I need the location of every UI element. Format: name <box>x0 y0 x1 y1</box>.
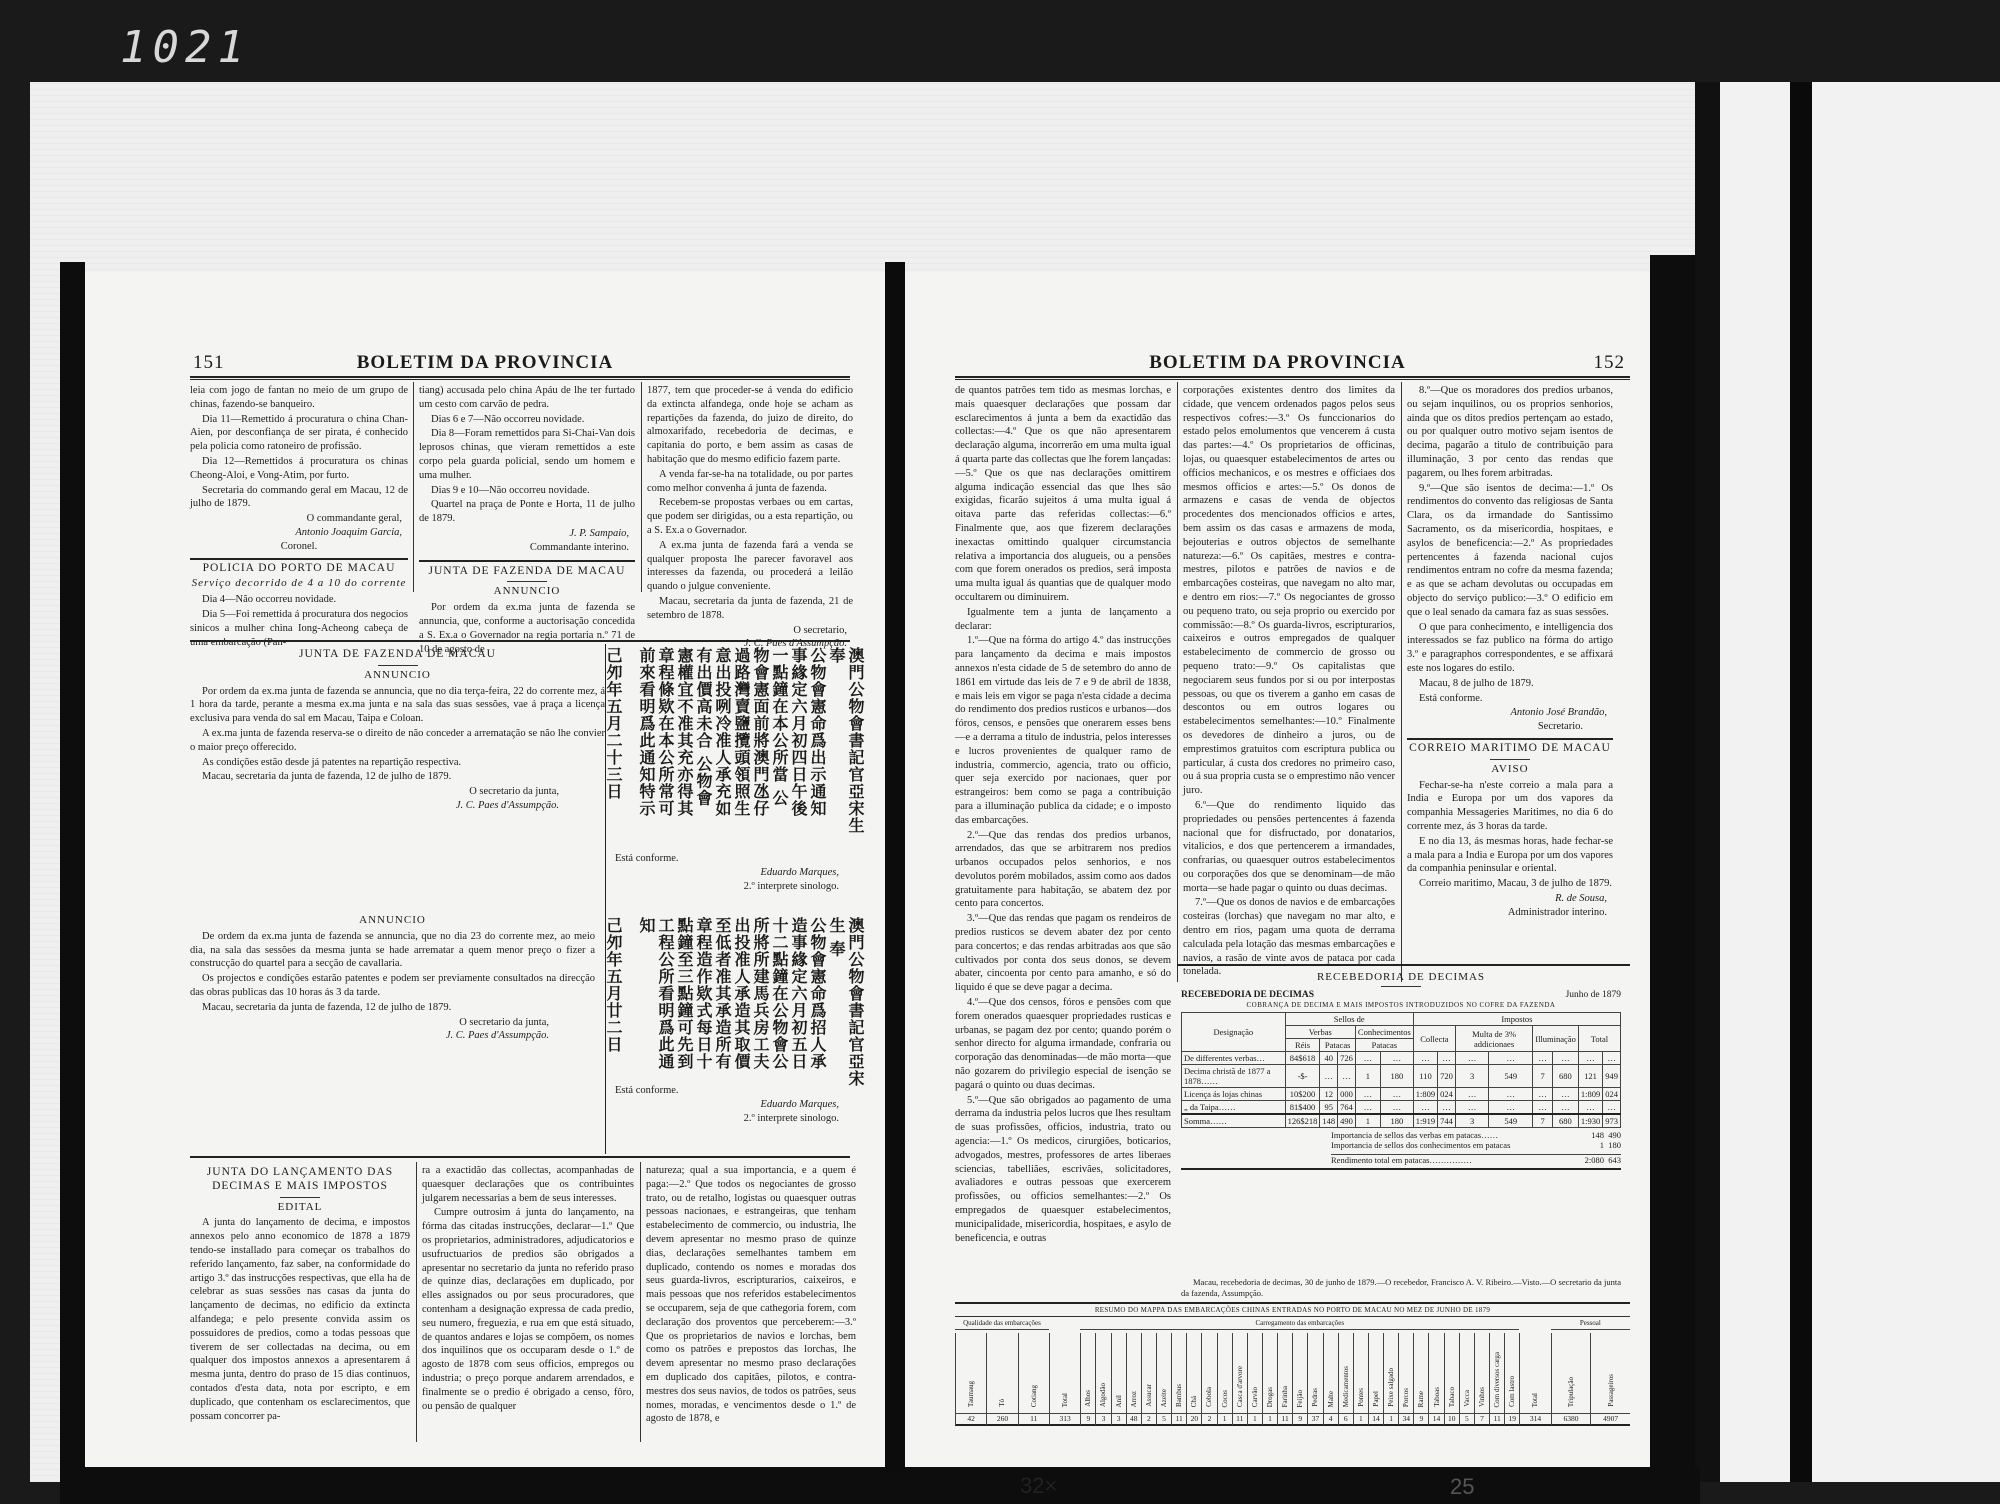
page-header: 151 BOLETIM DA PROVINCIA <box>85 352 885 378</box>
table-cell: … <box>1552 1101 1578 1115</box>
table-cell: … <box>1578 1101 1602 1115</box>
edge-strip <box>1812 82 2000 1482</box>
column-header: Porcos <box>1402 1388 1410 1407</box>
row-label: De differentes verbas… <box>1182 1052 1286 1065</box>
table-column: Com lastro19 <box>1504 1333 1519 1425</box>
table-column: Tó260 <box>986 1333 1017 1425</box>
column-header: Bambus <box>1175 1384 1183 1407</box>
table-cell: 4907 <box>1591 1413 1630 1423</box>
table-cell: … <box>1413 1101 1437 1115</box>
section-subtitle: AVISO <box>1407 763 1613 777</box>
table-column: Vacca5 <box>1459 1333 1474 1425</box>
table-cell: 6 <box>1339 1413 1353 1423</box>
column-header: Com diversos carga <box>1493 1352 1501 1407</box>
table-column: Cebola2 <box>1201 1333 1216 1425</box>
table-column: Drogas1 <box>1262 1333 1277 1425</box>
table-column: Com diversos carga11 <box>1489 1333 1504 1425</box>
row-label: „ da Taipa…… <box>1182 1101 1286 1115</box>
table-cell: 680 <box>1552 1114 1578 1128</box>
paragraph: 6.º—Que do rendimento liquido das propri… <box>1183 799 1395 896</box>
paragraph: Recebem-se propostas verbaes ou em carta… <box>647 496 853 537</box>
signature-rank: Coronel. <box>190 540 408 554</box>
table-cell: 95 <box>1320 1101 1338 1115</box>
column-header: Passageiros <box>1607 1374 1615 1407</box>
column-header: Rame <box>1417 1391 1425 1407</box>
table-cell: 720 <box>1438 1065 1456 1088</box>
column-group-header: Carregamento das embarcações <box>1080 1319 1519 1330</box>
section-subtitle: ANNUNCIO <box>190 914 595 928</box>
table-cell: 5 <box>1157 1413 1171 1423</box>
page-shadow <box>1790 82 1812 1482</box>
chinese-date: 己夘年五月二十三日 <box>603 647 623 857</box>
recebedoria-summary: Importancia de sellos das verbas em pata… <box>1331 1130 1621 1165</box>
section-title: JUNTA DE FAZENDA DE MACAU <box>419 565 635 579</box>
table-cell: 110 <box>1413 1065 1437 1088</box>
column-header: Pontes <box>1357 1388 1365 1407</box>
signature-title: O secretario da junta, <box>190 785 565 799</box>
table-column: Rame9 <box>1413 1333 1428 1425</box>
chinese-text-column: 十二點鐘在公物會公 <box>769 917 789 1087</box>
section-rule <box>955 1302 1630 1304</box>
column-divider <box>1401 382 1402 982</box>
paragraph: Está conforme. <box>1407 692 1613 706</box>
chinese-text-column: 工程公所看明爲此通 <box>655 917 675 1087</box>
paragraph: O que para conhecimento, e intelligencia… <box>1407 621 1613 676</box>
table-cell: … <box>1438 1101 1456 1115</box>
column-header: Com lastro <box>1508 1376 1516 1407</box>
recebedoria-section: RECEBEDORIA DE DECIMAS RECEBEDORIA DE DE… <box>1181 969 1621 1172</box>
paragraph: As condições estão desde já patentes na … <box>190 756 605 770</box>
summary-row: Rendimento total em patacas……………2:080 64… <box>1331 1154 1621 1165</box>
row-label: Decima christã de 1877 a 1878…… <box>1182 1065 1286 1088</box>
paragraph: Macau, secretaria da junta de fazenda, 1… <box>190 1001 595 1015</box>
table-cell: 314 <box>1520 1413 1550 1423</box>
chinese-text-column: 過路灣賣鹽攬頭領照生 <box>731 647 751 857</box>
signature-name: Antonio José Brandão, <box>1407 706 1613 720</box>
table-column: Taboas14 <box>1428 1333 1443 1425</box>
table-cell: … <box>1578 1052 1602 1065</box>
chinese-text-column: 公物會憲命爲招人承 <box>807 917 827 1087</box>
column-header: Papel <box>1372 1391 1380 1407</box>
paragraph: Macau, recebedoria de decimas, 30 de jun… <box>1181 1277 1621 1299</box>
recebedoria-table: Designação Sellos de Impostos Verbas Con… <box>1181 1012 1621 1128</box>
table-row: De differentes verbas…84$61840726…………………… <box>1182 1052 1621 1065</box>
column-3: 8.º—Que os moradores dos predios urbanos… <box>1407 384 1613 919</box>
column-header: Drogas <box>1266 1387 1274 1407</box>
paragraph: 5.º—Que são obrigados ao pagamento de um… <box>955 1094 1171 1246</box>
chinese-text-column: 出投准人承造其取價 <box>731 917 751 1087</box>
chinese-text-column: 物會憲面前將澳門氹仔 <box>750 647 770 857</box>
column-header: Total <box>1061 1393 1069 1407</box>
table-column: Total313 <box>1049 1333 1080 1425</box>
table-cell: 2 <box>1142 1413 1156 1423</box>
table-column: Cotiang11 <box>1018 1333 1049 1425</box>
paragraph: Dias 6 e 7—Não occorreu novidade. <box>419 413 635 427</box>
chinese-text-column: 澳門公物會書記官亞宋 <box>845 917 865 1087</box>
table-cell: 2 <box>1202 1413 1216 1423</box>
column-header: Cebola <box>1205 1387 1213 1407</box>
table-column: Papel14 <box>1368 1333 1383 1425</box>
paragraph: 8.º—Que os moradores dos predios urbanos… <box>1407 384 1613 481</box>
table-column: Pedras37 <box>1307 1333 1322 1425</box>
column-header: Feijão <box>1296 1390 1304 1408</box>
paragraph: Secretaria do commando geral em Macau, 1… <box>190 484 408 512</box>
signature-name: Antonio Joaquim Garcia, <box>190 526 408 540</box>
column-header: Patacas <box>1355 1039 1413 1052</box>
paragraph: Dia 11—Remettido á procuratura o china C… <box>190 413 408 454</box>
section-rule <box>190 1156 850 1158</box>
paragraph: Por ordem da ex.ma junta de fazenda se a… <box>190 685 605 726</box>
table-column: Taumaug42 <box>955 1333 986 1425</box>
column-header: Réis <box>1285 1039 1320 1052</box>
table-cell: 10 <box>1445 1413 1459 1423</box>
table-column: Algodão3 <box>1095 1333 1110 1425</box>
signature-name: J. P. Sampaio, <box>419 527 635 541</box>
signature-name: J. C. Paes d'Assumpção. <box>190 799 565 813</box>
column-group-header: Qualidade das embarcações <box>955 1319 1049 1330</box>
table-cell: 1:809 <box>1413 1088 1437 1101</box>
table-cell: 680 <box>1552 1065 1578 1088</box>
chinese-notice-2-footer: Está conforme. Eduardo Marques, 2.º inte… <box>615 1084 845 1125</box>
signature-title: 2.º interprete sinologo. <box>615 880 845 894</box>
table-cell: 1:919 <box>1413 1114 1437 1128</box>
table-cell: 744 <box>1438 1114 1456 1128</box>
column-header: Arroz <box>1130 1391 1138 1407</box>
section-title: POLICIA DO PORTO DE MACAU <box>190 562 408 576</box>
table-title: RECEBEDORIA DE DECIMAS <box>1181 990 1314 1000</box>
table-cell: 11 <box>1490 1413 1504 1423</box>
signature-title: O secretario da junta, <box>190 1016 555 1030</box>
section-title: CORREIO MARITIMO DE MACAU <box>1407 742 1613 756</box>
column-header: Tripulação <box>1567 1377 1575 1407</box>
table-cell: 3 <box>1112 1413 1126 1423</box>
table-cell: 7 <box>1475 1413 1489 1423</box>
section-subtitle: ANNUNCIO <box>190 669 605 683</box>
table-cell: 1 <box>1248 1413 1262 1423</box>
table-cell: 973 <box>1603 1114 1621 1128</box>
section-title: JUNTA DE FAZENDA DE MACAU <box>190 648 605 662</box>
paragraph: 7.º—Que os donos de navios e de embarcaç… <box>1183 896 1395 979</box>
table-cell: … <box>1455 1088 1488 1101</box>
table-cell: … <box>1380 1088 1413 1101</box>
table-cell: 84$618 <box>1285 1052 1320 1065</box>
chinese-text-column: 至低者准其承造所有 <box>712 917 732 1087</box>
table-column: Carvão1 <box>1247 1333 1262 1425</box>
edge-strip <box>1720 82 1790 1482</box>
section-title: RECEBEDORIA DE DECIMAS <box>1181 971 1621 983</box>
recebedoria-footer: Macau, recebedoria de decimas, 30 de jun… <box>1181 1277 1621 1300</box>
table-cell: 180 <box>1380 1065 1413 1088</box>
film-mark: 32× <box>1020 1473 1057 1499</box>
paragraph: corporações existentes dentro dos limite… <box>1183 384 1395 798</box>
column-header: Designação <box>1182 1013 1286 1052</box>
summary-row: Importancia de sellos das verbas em pata… <box>1331 1130 1621 1140</box>
table-cell: 1 <box>1384 1413 1398 1423</box>
column-header: Vacca <box>1463 1390 1471 1407</box>
table-cell: 764 <box>1338 1101 1356 1115</box>
table-cell: … <box>1455 1052 1488 1065</box>
table-date: Junho de 1879 <box>1566 990 1621 1000</box>
table-cell: -$- <box>1285 1065 1320 1088</box>
signature-name: Eduardo Marques, <box>615 866 845 880</box>
table-column: Porcos34 <box>1398 1333 1413 1425</box>
column-header: Illuminação <box>1533 1026 1579 1052</box>
table-column: Feijão9 <box>1292 1333 1307 1425</box>
column-header: Multa de 3% addicionaes <box>1455 1026 1532 1052</box>
paragraph: 1877, tem que proceder-se á venda do edi… <box>647 384 853 467</box>
paragraph: Macau, 8 de julho de 1879. <box>1407 677 1613 691</box>
paragraph: 9.º—Que são isentos de decima:—1.º Os re… <box>1407 482 1613 620</box>
column-divider <box>641 382 642 592</box>
table-cell: 260 <box>987 1413 1017 1423</box>
table-cell: 1 <box>1354 1413 1368 1423</box>
table-column: Malte4 <box>1323 1333 1338 1425</box>
signature-title: Administrador interino. <box>1407 906 1613 920</box>
chinese-text-column: 事緣定六月初四日午後 <box>788 647 808 857</box>
section-subtitle: EDITAL <box>190 1201 410 1215</box>
chinese-text-column: 意出投咧冷准人承充如 <box>712 647 732 857</box>
chinese-text-column: 有出價高未合 公物會 <box>693 647 713 857</box>
table-cell: 726 <box>1338 1052 1356 1065</box>
paragraph: Correio maritimo, Macau, 3 de julho de 1… <box>1407 877 1613 891</box>
paragraph: Macau, secretaria da junta de fazenda, 1… <box>190 770 605 784</box>
signature-title: Commandante interino. <box>419 541 635 555</box>
page-152: BOLETIM DA PROVINCIA 152 de quantos patr… <box>905 272 1650 1467</box>
paragraph: de quantos patrões tem tido as mesmas lo… <box>955 384 1171 605</box>
column-divider <box>1177 382 1178 982</box>
table-cell: 11 <box>1019 1413 1049 1423</box>
table-cell: … <box>1380 1052 1413 1065</box>
chinese-text-column: 章程條欵在本公所常可 <box>655 647 675 857</box>
column-group-header: Pessoal <box>1551 1319 1630 1330</box>
column-header: Farinha <box>1281 1386 1289 1407</box>
paragraph: Dia 4—Não occorreu novidade. <box>190 593 408 607</box>
paragraph: A junta do lançamento de decima, e impos… <box>190 1216 410 1423</box>
table-cell: … <box>1552 1088 1578 1101</box>
page-shadow <box>1695 82 1720 1482</box>
film-mark: 25 <box>1450 1474 1474 1500</box>
paragraph: Igualmente tem a junta de lançamento a d… <box>955 606 1171 634</box>
table-cell: 7 <box>1533 1114 1553 1128</box>
page-header: BOLETIM DA PROVINCIA 152 <box>905 352 1650 378</box>
column-header: Tabaco <box>1448 1387 1456 1407</box>
table-cell: … <box>1533 1052 1553 1065</box>
column-divider <box>416 1162 417 1442</box>
table-cell: … <box>1489 1052 1533 1065</box>
page-number: 152 <box>1594 352 1626 374</box>
column-header: Vinhos <box>1478 1387 1486 1407</box>
paragraph: 4.º—Que dos censos, fóros e pensões com … <box>955 996 1171 1093</box>
newspaper-title: BOLETIM DA PROVINCIA <box>905 352 1650 374</box>
column-header: Total <box>1578 1026 1620 1052</box>
column-divider <box>640 1162 641 1442</box>
table-cell: 4 <box>1324 1413 1338 1423</box>
column-header: Taboas <box>1433 1387 1441 1407</box>
table-cell: 20 <box>1187 1413 1201 1423</box>
column-header: Taumaug <box>967 1381 975 1407</box>
table-column: Total314 <box>1519 1333 1550 1425</box>
column-header: Sellos de <box>1285 1013 1413 1026</box>
annuncio-sal: JUNTA DE FAZENDA DE MACAU ANNUNCIO Por o… <box>190 646 605 813</box>
section-rule <box>1177 964 1630 966</box>
table-cell: 3 <box>1096 1413 1110 1423</box>
table-cell: 121 <box>1578 1065 1602 1088</box>
table-cell: … <box>1320 1065 1338 1088</box>
table-cell: 024 <box>1438 1088 1456 1101</box>
section-title: JUNTA DO LANÇAMENTO DAS DECIMAS E MAIS I… <box>190 1166 410 1194</box>
table-title: RESUMO DO MAPPA DAS EMBARCAÇÕES CHINAS E… <box>955 1306 1630 1314</box>
table-cell: 19 <box>1505 1413 1519 1423</box>
table-cell: … <box>1533 1088 1553 1101</box>
chinese-text-column: 知 <box>636 917 656 1087</box>
chinese-text-column: 奉 <box>826 647 846 857</box>
column-divider <box>413 382 414 592</box>
paragraph: Dias 9 e 10—Não occorreu novidade. <box>419 484 635 498</box>
table-cell: 40 <box>1320 1052 1338 1065</box>
chinese-text-column: 生 奉 <box>826 917 846 1087</box>
paragraph: A venda far-se-ha na totalidade, ou por … <box>647 468 853 496</box>
signature-name: R. de Sousa, <box>1407 892 1613 906</box>
column-header: Casca d'arvore <box>1236 1366 1244 1407</box>
paragraph: 3.º—Que das rendas que pagam os rendeiro… <box>955 912 1171 995</box>
column-header: Tó <box>998 1399 1006 1407</box>
table-cell: 12 <box>1320 1088 1338 1101</box>
column-header: Impostos <box>1413 1013 1620 1026</box>
table-column: Arroz48 <box>1126 1333 1141 1425</box>
section-subtitle: Serviço decorrido de 4 a 10 do corrente <box>190 577 408 591</box>
signature-name: Eduardo Marques, <box>615 1098 845 1112</box>
paragraph: Quartel na praça de Ponte e Horta, 11 de… <box>419 498 635 526</box>
table-cell: … <box>1552 1052 1578 1065</box>
chinese-text-column: 點鐘至三點鐘可先到 <box>674 917 694 1087</box>
table-cell: 3 <box>1455 1114 1488 1128</box>
paragraph: natureza; qual a sua importancia, e a qu… <box>646 1164 856 1426</box>
table-cell: 1:930 <box>1578 1114 1602 1128</box>
paragraph: A ex.ma junta de fazenda fará a venda se… <box>647 539 853 594</box>
table-cell: 126$218 <box>1285 1114 1320 1128</box>
table-cell: 3 <box>1455 1065 1488 1088</box>
chinese-text-column: 一點鐘在本公所當 公 <box>769 647 789 857</box>
signature-name: J. C. Paes d'Assumpção. <box>190 1029 555 1043</box>
table-column: Farinha11 <box>1277 1333 1292 1425</box>
table-row: Decima christã de 1877 a 1878……-$-……1180… <box>1182 1065 1621 1088</box>
edital-column-2: ra a exactidão das collectas, acompanhad… <box>422 1164 634 1414</box>
table-column: Assucar2 <box>1141 1333 1156 1425</box>
table-cell: … <box>1380 1101 1413 1115</box>
paragraph: Dia 8—Foram remettidos para Si-Chai-Van … <box>419 427 635 482</box>
column-header: Chá <box>1190 1396 1198 1407</box>
table-cell: 549 <box>1489 1065 1533 1088</box>
table-cell: 11 <box>1278 1413 1292 1423</box>
header-rule <box>190 376 850 380</box>
chinese-text-column: 公物會憲命爲出示通知 <box>807 647 827 857</box>
table-cell: 1 <box>1218 1413 1232 1423</box>
paragraph: 1.º—Que na fórma do artigo 4.º das instr… <box>955 634 1171 827</box>
page-shadow <box>1650 255 1695 1470</box>
table-cell: 549 <box>1489 1114 1533 1128</box>
paragraph: De ordem da ex.ma junta de fazenda se an… <box>190 930 595 971</box>
header-rule <box>955 376 1630 380</box>
chinese-text-column: 前來看明爲此通知特示 <box>636 647 656 857</box>
paragraph: leia com jogo de fantan no meio de um gr… <box>190 384 408 412</box>
table-cell: 42 <box>956 1413 986 1423</box>
table-cell: … <box>1355 1088 1380 1101</box>
table-cell: 48 <box>1127 1413 1141 1423</box>
paragraph: E no dia 13, ás mesmas horas, hade fecha… <box>1407 835 1613 876</box>
column-1: de quantos patrões tem tido as mesmas lo… <box>955 384 1171 1246</box>
table-cell: 7 <box>1533 1065 1553 1088</box>
table-cell: 34 <box>1399 1413 1413 1423</box>
paragraph: ra a exactidão das collectas, acompanhad… <box>422 1164 634 1205</box>
column-header: Pedras <box>1311 1388 1319 1407</box>
column-header: Azeite <box>1160 1389 1168 1407</box>
row-label: Somma…… <box>1182 1114 1286 1128</box>
table-column: Passageiros4907 <box>1590 1333 1630 1425</box>
table-cell: 10$200 <box>1285 1088 1320 1101</box>
column-header: Carvão <box>1251 1387 1259 1407</box>
table-cell: 313 <box>1050 1413 1080 1423</box>
paragraph: tiang) accusada pelo china Apáu de lhe t… <box>419 384 635 412</box>
paragraph: Dia 12—Remettidos á procuratura os china… <box>190 455 408 483</box>
column-2: tiang) accusada pelo china Apáu de lhe t… <box>419 384 635 657</box>
paragraph: 2.º—Que das rendas dos predios urbanos, … <box>955 829 1171 912</box>
table-cell: … <box>1533 1101 1553 1115</box>
table-column: Casca d'arvore11 <box>1232 1333 1247 1425</box>
table-cell: 1 <box>1263 1413 1277 1423</box>
paragraph: Cumpre outrosim á junta do lançamento, n… <box>422 1206 634 1413</box>
table-column: Tabaco10 <box>1444 1333 1459 1425</box>
table-cell: 14 <box>1369 1413 1383 1423</box>
table-row: Somma……126$21814849011801:91974435497680… <box>1182 1114 1621 1128</box>
column-header: Verbas <box>1285 1026 1355 1039</box>
annuncio-quartel: ANNUNCIO De ordem da ex.ma junta de faze… <box>190 912 595 1043</box>
signature-title: O secretario, <box>647 624 853 638</box>
table-column: Pontes1 <box>1353 1333 1368 1425</box>
table-column: Vinhos7 <box>1474 1333 1489 1425</box>
table-cell: 37 <box>1308 1413 1322 1423</box>
table-cell: 1:809 <box>1578 1088 1602 1101</box>
column-header: Alhos <box>1084 1390 1092 1407</box>
embarcacoes-table: Taumaug42Tó260Cotiang11Total313Alhos9Alg… <box>955 1316 1630 1426</box>
table-cell: 11 <box>1172 1413 1186 1423</box>
signature-title: O commandante geral, <box>190 512 408 526</box>
table-column: Bambus11 <box>1171 1333 1186 1425</box>
edital-column-1: JUNTA DO LANÇAMENTO DAS DECIMAS E MAIS I… <box>190 1164 410 1424</box>
paragraph: Macau, secretaria da junta de fazenda, 2… <box>647 595 853 623</box>
column-header: Total <box>1531 1393 1539 1407</box>
table-cell: 6380 <box>1552 1413 1591 1423</box>
table-column: Azeite5 <box>1156 1333 1171 1425</box>
table-cell: … <box>1489 1088 1533 1101</box>
page-151: 151 BOLETIM DA PROVINCIA leia com jogo d… <box>85 272 885 1467</box>
column-2: corporações existentes dentro dos limite… <box>1183 384 1395 980</box>
edital-column-3: natureza; qual a sua importancia, e a qu… <box>646 1164 856 1427</box>
chinese-text-column: 所將所建馬兵房工夫 <box>750 917 770 1087</box>
table-column: Peixe salgado1 <box>1383 1333 1398 1425</box>
section-subtitle: ANNUNCIO <box>419 585 635 599</box>
binding-gutter <box>885 262 905 1472</box>
table-cell: 9 <box>1081 1413 1095 1423</box>
table-cell: 024 <box>1603 1088 1621 1101</box>
column-header: Cocos <box>1221 1390 1229 1408</box>
table-cell: 1 <box>1355 1065 1380 1088</box>
paragraph: Os projectos e condições estarão patente… <box>190 972 595 1000</box>
table-cell: … <box>1438 1052 1456 1065</box>
table-cell: 9 <box>1414 1413 1428 1423</box>
newspaper-title: BOLETIM DA PROVINCIA <box>85 352 885 374</box>
column-header: Cotiang <box>1030 1385 1038 1407</box>
chinese-text-column: 憲權宜不准其充亦得其 <box>674 647 694 857</box>
